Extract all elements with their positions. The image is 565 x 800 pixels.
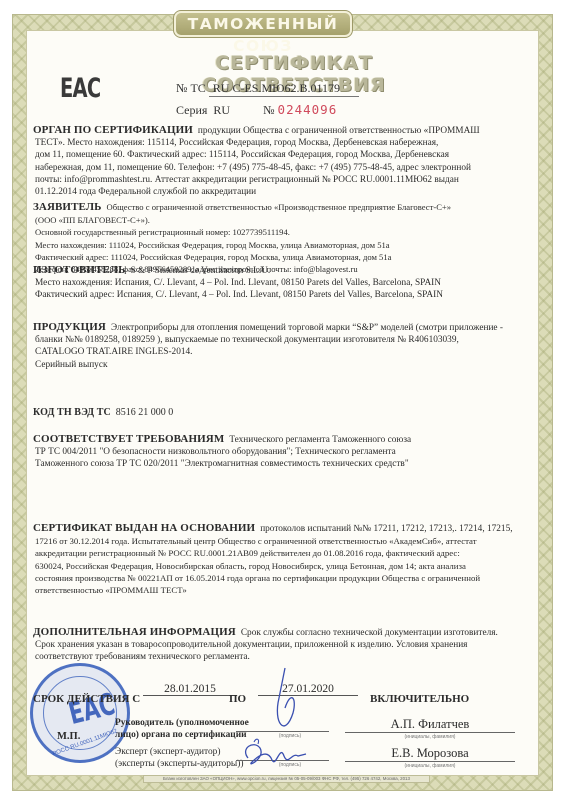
section-lead: протоколов испытаний №№ 17211, 17212, 17…	[260, 524, 512, 534]
validity-inclusive: ВКЛЮЧИТЕЛЬНО	[370, 693, 469, 705]
section-heading: СЕРТИФИКАТ ВЫДАН НА ОСНОВАНИИ	[33, 522, 255, 534]
section-lead: Общество с ограниченной ответственностью…	[107, 202, 452, 212]
seal-place-label: М.П.	[57, 731, 80, 742]
section-line: почты: info@prommashtest.ru. Аттестат ак…	[33, 174, 528, 186]
number-value: RU C-ES.МЮ62.В.01179	[209, 81, 359, 97]
head-name: А.П. Филатчев	[355, 717, 505, 732]
eac-logo-icon: EAC	[60, 73, 100, 104]
section-heading: ИЗГОТОВИТЕЛЬ	[33, 264, 125, 276]
section-line: CATALOGO TRAT.AIRE INGLES-2014.	[33, 346, 528, 358]
series-number: Серия RU № 0244096	[176, 102, 337, 118]
head-label-line2: лицо) органа по сертификации	[115, 730, 247, 741]
section-hs-code: КОД ТН ВЭД ТС8516 21 000 0	[33, 407, 528, 419]
head-name-caption: (инициалы, фамилия)	[385, 734, 475, 740]
section-line: дом 11, помещение 60. Фактический адрес:…	[33, 149, 528, 161]
section-lead: Технического регламента Таможенного союз…	[229, 435, 411, 445]
section-line: Фактический адрес: Испания, C/. Llevant,…	[33, 289, 528, 301]
head-name-line	[345, 732, 515, 733]
series-label: Серия	[176, 103, 207, 117]
section-conformity: СООТВЕТСТВУЕТ ТРЕБОВАНИЯМТехнического ре…	[33, 433, 528, 471]
section-line: (ООО «ПП БЛАГОВЕСТ-С+»).	[33, 214, 528, 226]
section-line: Серийный выпуск	[33, 359, 528, 371]
serial-number: 0244096	[278, 102, 338, 117]
section-heading: СООТВЕТСТВУЕТ ТРЕБОВАНИЯМ	[33, 433, 224, 445]
section-line: Место нахождения: 111024, Российская Фед…	[33, 239, 528, 251]
expert-name-caption: (инициалы, фамилия)	[385, 763, 475, 769]
section-line: ТР ТС 004/2011 "О безопасности низковоль…	[33, 446, 528, 458]
section-issued-basis: СЕРТИФИКАТ ВЫДАН НА ОСНОВАНИИпротоколов …	[33, 522, 528, 596]
section-line: ответственностью «ПРОММАШ ТЕСТ»	[33, 584, 528, 596]
section-heading: ПРОДУКЦИЯ	[33, 321, 106, 333]
section-heading: ОРГАН ПО СЕРТИФИКАЦИИ	[33, 124, 193, 136]
number-label: № ТС	[176, 81, 206, 95]
section-line: Место нахождения: Испания, C/. Llevant, …	[33, 277, 528, 289]
section-line: бланки №№ 0189258, 0189259 ), выпускаемы…	[33, 334, 528, 346]
section-heading: КОД ТН ВЭД ТС	[33, 407, 111, 418]
series-value: RU	[213, 103, 230, 117]
hs-code-value: 8516 21 000 0	[116, 407, 174, 418]
customs-union-banner: ТАМОЖЕННЫЙ СОЮЗ	[174, 11, 352, 37]
section-line: набережная, дом 11, помещение 60. Телефо…	[33, 162, 528, 174]
section-lead: S & P Sistemas de Ventilacion S.L.U.	[130, 266, 270, 276]
section-line: 01.12.2014 года Федеральной службой по а…	[33, 186, 528, 198]
expert-name-line	[345, 761, 515, 762]
section-line: Срок хранения указан в товаросопроводите…	[33, 639, 528, 651]
section-lead: Срок службы согласно технической докумен…	[241, 628, 498, 638]
certificate-number: № ТС RU C-ES.МЮ62.В.01179	[176, 81, 359, 97]
section-line: 17216 от 30.12.2014 года. Испытательный …	[33, 535, 528, 547]
section-line: аккредитации регистрационный № РОСС RU.0…	[33, 547, 528, 559]
expert-signature-icon	[240, 738, 310, 773]
section-line: ТЕСТ». Место нахождения: 115114, Российс…	[33, 137, 528, 149]
section-additional-info: ДОПОЛНИТЕЛЬНАЯ ИНФОРМАЦИЯСрок службы сог…	[33, 626, 528, 664]
head-label-line1: Руководитель (уполномоченное	[115, 718, 249, 729]
section-lead: Электроприборы для отопления помещений т…	[111, 323, 503, 333]
head-signature-icon	[265, 668, 305, 738]
section-certification-body: ОРГАН ПО СЕРТИФИКАЦИИпродукции Общества …	[33, 124, 528, 198]
section-manufacturer: ИЗГОТОВИТЕЛЬS & P Sistemas de Ventilacio…	[33, 264, 528, 302]
section-line: 630024, Российская Федерация, Новосибирс…	[33, 560, 528, 572]
print-footer-note: Бланк изготовлен ЗАО «ОПЦИОН», www.opcio…	[143, 775, 430, 783]
section-lead: продукции Общества с ограниченной ответс…	[198, 126, 480, 136]
valid-from-date: 28.01.2015	[143, 683, 237, 696]
validity-label: СРОК ДЕЙСТВИЯ С	[33, 693, 140, 705]
expert-label-line2: (эксперты (эксперты-аудиторы))	[115, 759, 243, 770]
section-line: Основной государственный регистрационный…	[33, 226, 528, 238]
section-line: Таможенного союза ТР ТС 020/2011 "Электр…	[33, 458, 528, 470]
section-line: состояния производства № 00221АП от 16.0…	[33, 572, 528, 584]
section-line: соответствуют требованиям технического р…	[33, 651, 528, 663]
expert-name: Е.В. Морозова	[355, 746, 505, 761]
section-heading: ДОПОЛНИТЕЛЬНАЯ ИНФОРМАЦИЯ	[33, 626, 236, 638]
section-heading: ЗАЯВИТЕЛЬ	[33, 201, 102, 213]
serial-label: №	[263, 103, 274, 117]
section-line: Фактический адрес: 111024, Российская Фе…	[33, 251, 528, 263]
validity-to-label: ПО	[229, 693, 246, 705]
section-product: ПРОДУКЦИЯЭлектроприборы для отопления по…	[33, 321, 528, 371]
expert-label-line1: Эксперт (эксперт-аудитор)	[115, 747, 220, 758]
